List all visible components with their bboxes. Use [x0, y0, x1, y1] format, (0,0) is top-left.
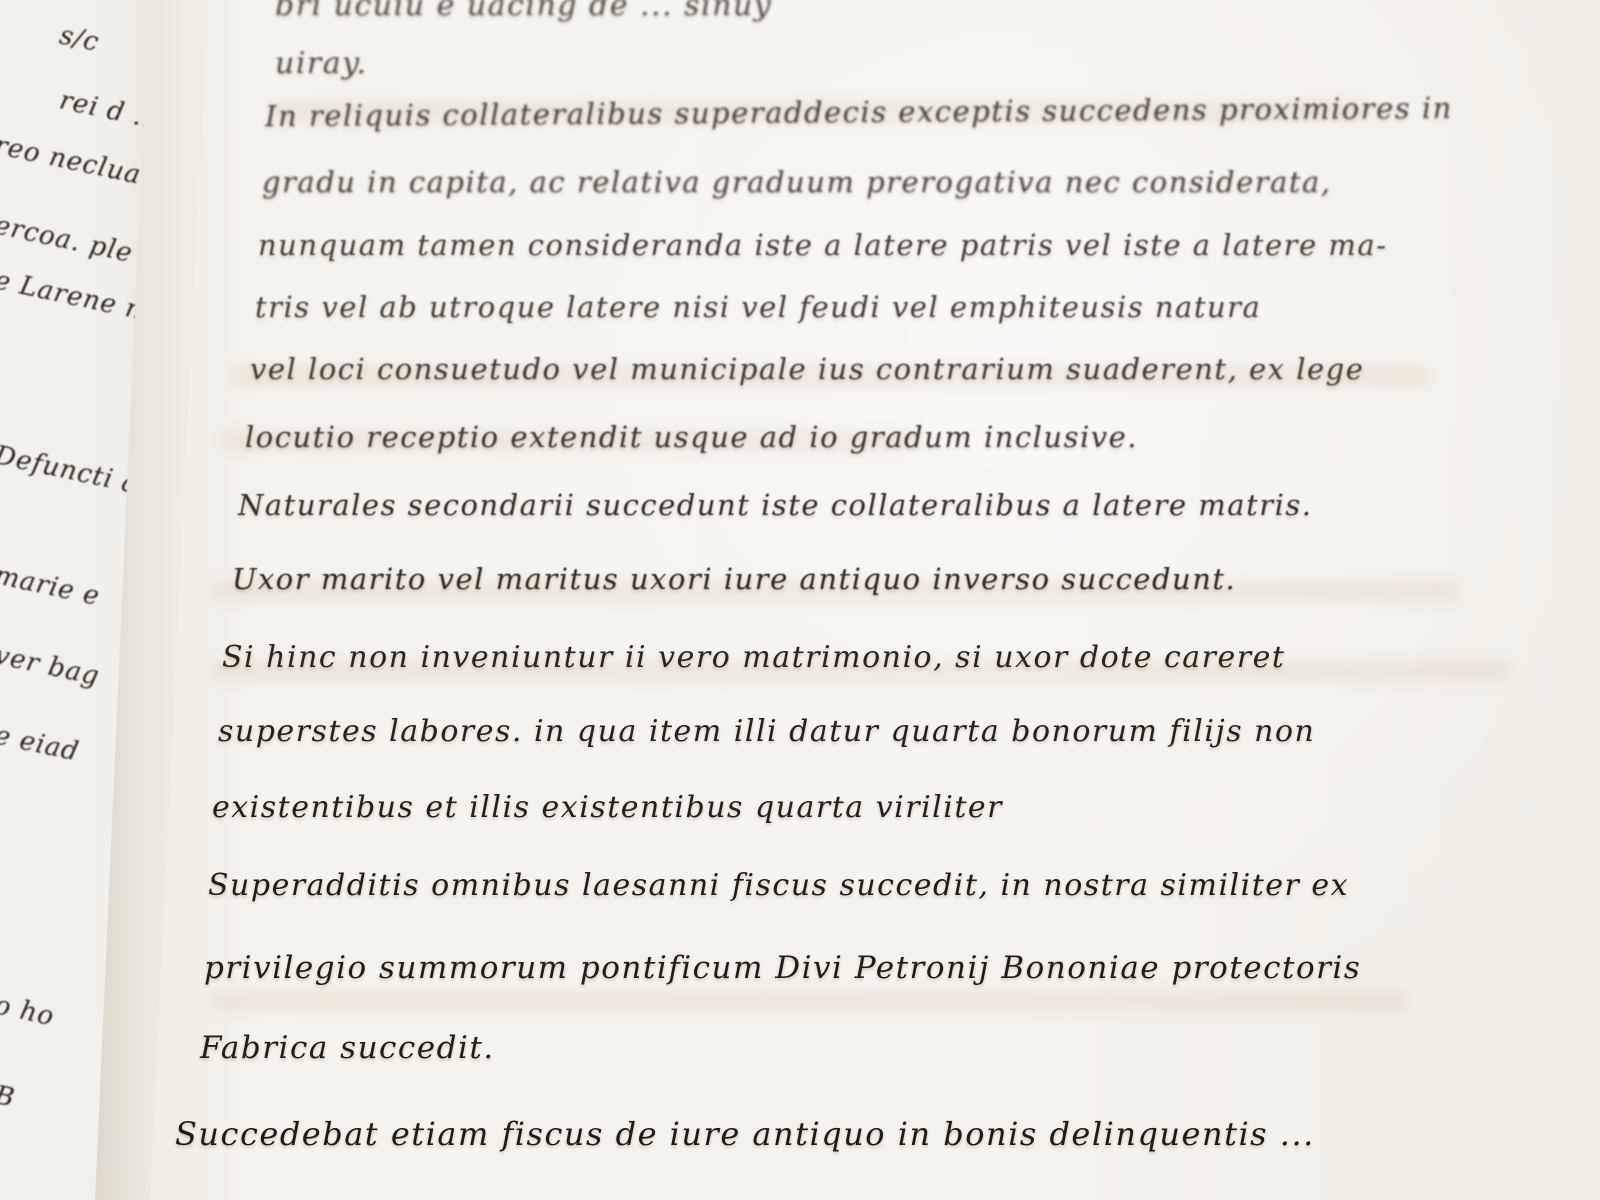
margin-fragment: reo neclua — [0, 130, 144, 190]
manuscript-line: Fabrica succedit. — [200, 1030, 495, 1066]
manuscript-line: tris vel ab utroque latere nisi vel feud… — [255, 290, 1261, 324]
manuscript-line: Uxor marito vel maritus uxori iure antiq… — [232, 562, 1236, 596]
manuscript-line: bri ucuiu e uacing de ... sinuy — [275, 0, 772, 23]
foxing-stain — [210, 990, 1410, 1012]
margin-fragment: e Larene n — [0, 265, 146, 326]
manuscript-line: gradu in capita, ac relativa graduum pre… — [262, 165, 1332, 199]
manuscript-line: In reliquis collateralibus superaddecis … — [265, 91, 1453, 133]
margin-fragment: Defuncti a — [0, 440, 141, 500]
margin-fragment: marie e — [0, 560, 103, 612]
right-page: bri ucuiu e uacing de ... sinuy uiray. I… — [150, 0, 1600, 1200]
margin-fragment: e eiad — [0, 720, 82, 767]
manuscript-line: Succedebat etiam fiscus de iure antiquo … — [175, 1115, 1315, 1153]
manuscript-line: locutio receptio extendit usque ad io gr… — [245, 420, 1138, 454]
manuscript-line: Superadditis omnibus laesanni fiscus suc… — [208, 868, 1349, 903]
manuscript-line: superstes labores. in qua item illi datu… — [218, 714, 1315, 749]
manuscript-line: existentibus et illis existentibus quart… — [212, 790, 1003, 825]
margin-fragment: ver bag — [0, 640, 102, 692]
manuscript-line: Naturales secondarii succedunt iste coll… — [238, 488, 1313, 522]
manuscript-line: privilegio summorum pontificum Divi Petr… — [204, 950, 1361, 986]
margin-fragment: B — [0, 1080, 18, 1114]
manuscript-line: vel loci consuetudo vel municipale ius c… — [250, 352, 1364, 386]
margin-fragment: ercoa. ple — [0, 210, 135, 269]
margin-fragment: o ho — [0, 990, 57, 1032]
manuscript-line: Si hinc non inveniuntur ii vero matrimon… — [222, 640, 1285, 675]
manuscript-line: uiray. — [275, 46, 368, 81]
margin-fragment: s/c — [57, 20, 102, 58]
manuscript-line: nunquam tamen consideranda iste a latere… — [258, 228, 1387, 262]
